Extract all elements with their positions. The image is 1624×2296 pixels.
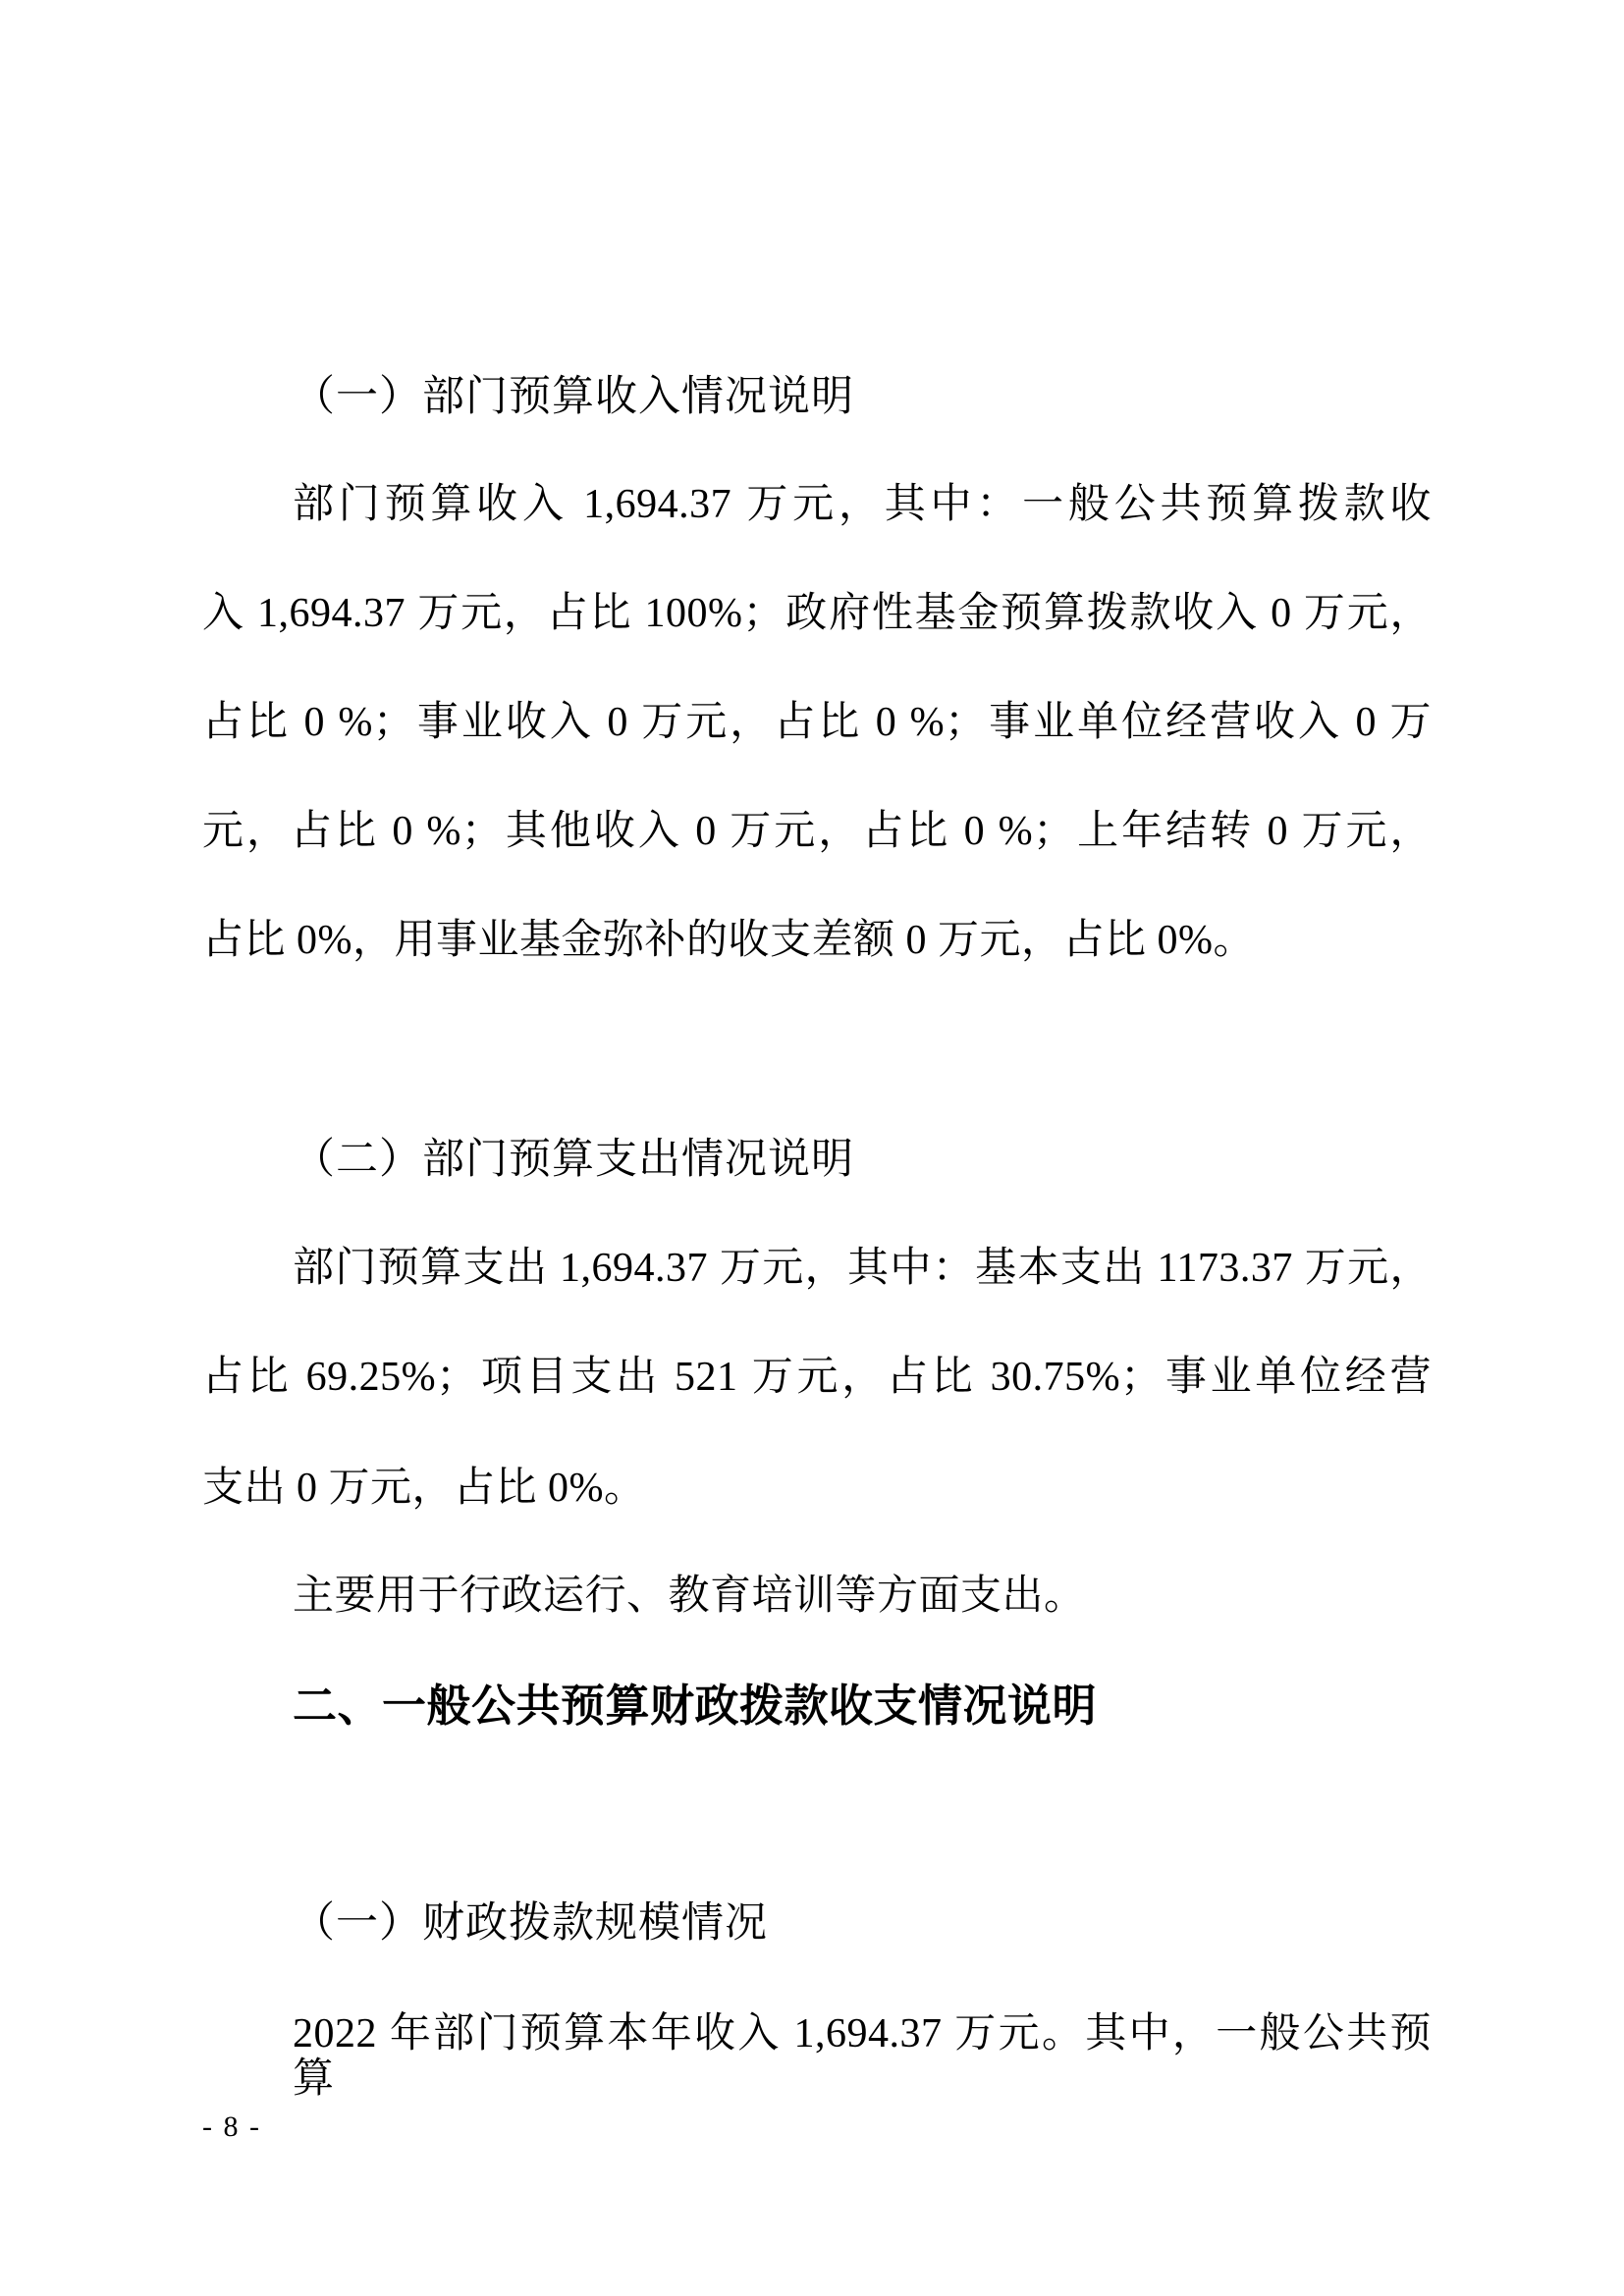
section3-line-1: 2022 年部门预算本年收入 1,694.37 万元。其中，一般公共预算 xyxy=(202,2011,1432,2102)
section2-line-1: 部门预算支出 1,694.37 万元，其中：基本支出 1173.37 万元， xyxy=(202,1246,1432,1291)
section1-heading: （一）部门预算收入情况说明 xyxy=(202,374,1432,420)
section3-bold-heading: 二、一般公共预算财政拨款收支情况说明 xyxy=(202,1682,1432,1731)
section1-line-1: 部门预算收入 1,694.37 万元，其中：一般公共预算拨款收 xyxy=(202,482,1432,527)
section1-line-5: 占比 0%，用事业基金弥补的收支差额 0 万元，占比 0%。 xyxy=(202,918,1432,963)
document-page: （一）部门预算收入情况说明 部门预算收入 1,694.37 万元，其中：一般公共… xyxy=(0,0,1624,2296)
section2-line-2: 占比 69.25%；项目支出 521 万元，占比 30.75%；事业单位经营 xyxy=(202,1355,1432,1400)
section2-heading: （二）部门预算支出情况说明 xyxy=(202,1137,1432,1183)
section3-sub-heading: （一）财政拨款规模情况 xyxy=(202,1900,1432,1947)
section1-line-2: 入 1,694.37 万元，占比 100%；政府性基金预算拨款收入 0 万元， xyxy=(202,591,1432,636)
section2-line-3: 支出 0 万元，占比 0%。 xyxy=(202,1466,1432,1511)
page-number: - 8 - xyxy=(202,2110,261,2144)
section2-line-4: 主要用于行政运行、教育培训等方面支出。 xyxy=(202,1574,1432,1619)
section1-line-3: 占比 0 %；事业收入 0 万元，占比 0 %；事业单位经营收入 0 万 xyxy=(202,700,1432,745)
section1-line-4: 元，占比 0 %；其他收入 0 万元，占比 0 %；上年结转 0 万元， xyxy=(202,809,1432,854)
